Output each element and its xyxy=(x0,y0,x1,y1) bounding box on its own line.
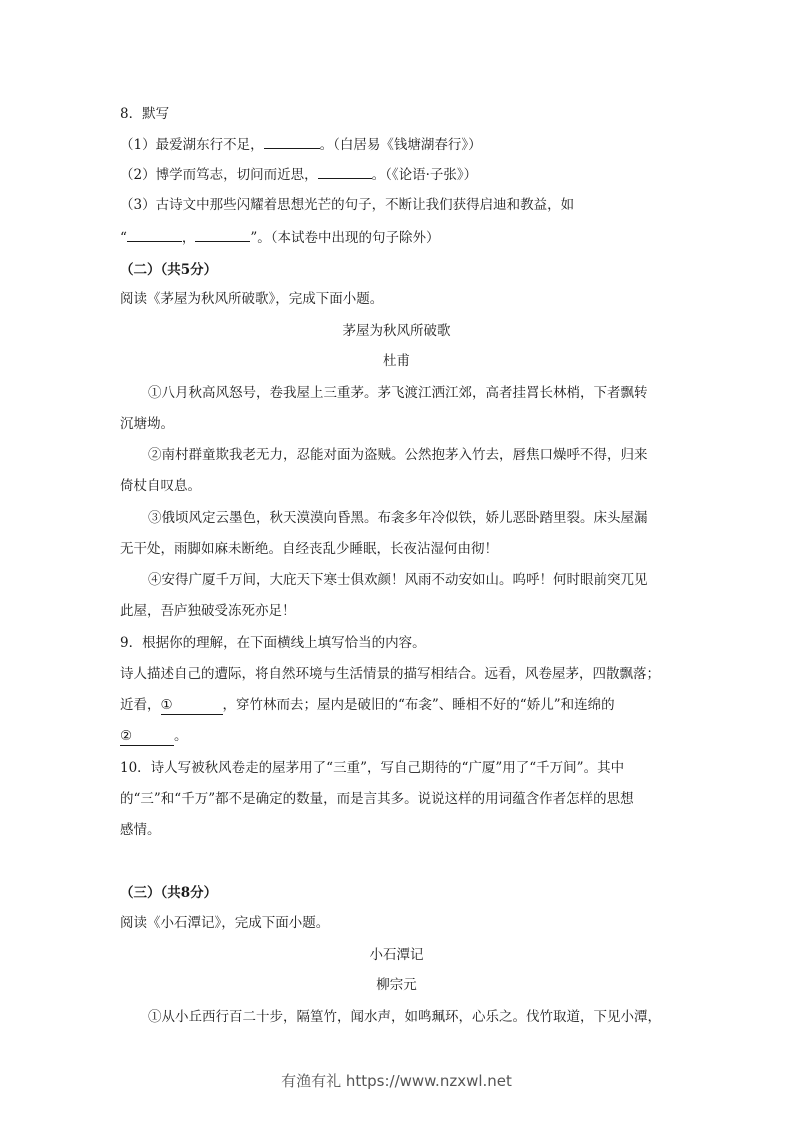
q8-item-3-line1: （3）古诗文中那些闪耀着思想光芒的句子，不断让我们获得启迪和教益，如 xyxy=(120,196,574,214)
answer-blank[interactable] xyxy=(318,164,372,179)
q9-line1: 诗人描述自己的遭际，将自然环境与生活情景的描写相结合。远看，风卷屋茅，四散飘落； xyxy=(120,665,660,683)
comma: ， xyxy=(182,230,196,246)
answer-blank[interactable] xyxy=(195,227,250,242)
section-3-header: （三）（共8分） xyxy=(120,884,217,902)
q8-item-2: （2）博学而笃志，切问而近思，。（《论语·子张》） xyxy=(120,164,477,184)
blank-label-2: ② xyxy=(120,728,132,744)
q10-line1: 10．诗人写被秋风卷走的屋茅用了“三重”，写自己期待的“广厦”用了“千万间”。其… xyxy=(120,759,624,777)
poem-paragraph-1-line2: 沉塘坳。 xyxy=(120,415,174,433)
poem-paragraph-3-line2: 无干处，雨脚如麻未断绝。自经丧乱少睡眠，长夜沾湿何由彻！ xyxy=(120,540,498,558)
watermark: 有渔有礼 https://www.nzxwl.net xyxy=(0,1070,793,1091)
essay-paragraph-1: ①从小丘西行百二十步，隔篁竹，闻水声，如鸣珮环，心乐之。伐竹取道，下见小潭， xyxy=(148,1008,661,1026)
poem-paragraph-2-line2: 倚杖自叹息。 xyxy=(120,477,201,495)
q8-title: 8．默写 xyxy=(120,105,169,123)
poem-paragraph-3-line1: ③俄顷风定云墨色，秋天漠漠向昏黑。布衾多年冷似铁，娇儿恶卧踏里裂。床头屋漏 xyxy=(148,509,648,527)
q8-item-3-line2: “，”。（本试卷中出现的句子除外） xyxy=(120,227,440,247)
answer-blank[interactable] xyxy=(127,227,182,242)
blank-label-1: ① xyxy=(161,697,173,713)
essay-title: 小石潭记 xyxy=(0,946,793,964)
section-2-header: （二）（共5分） xyxy=(120,261,217,279)
answer-blank-2[interactable]: ② xyxy=(120,727,174,746)
q9-line3-post: 。 xyxy=(174,728,188,744)
q9-line2-post: ，穿竹林而去；屋内是破旧的“布衾”、睡相不好的“娇儿”和连绵的 xyxy=(223,697,615,713)
poem-title: 茅屋为秋风所破歌 xyxy=(0,322,793,340)
section-2-instruction: 阅读《茅屋为秋风所破歌》，完成下面小题。 xyxy=(120,290,383,308)
q9-line2-pre: 近看， xyxy=(120,697,161,713)
q8-item-1-source: 。（白居易《钱塘湖春行》） xyxy=(320,137,482,153)
q9-line3: ②。 xyxy=(120,727,188,746)
q8-item-2-source: 。（《论语·子张》） xyxy=(372,167,478,183)
q8-item-1: （1）最爱湖东行不足，。（白居易《钱塘湖春行》） xyxy=(120,134,482,154)
q9-title: 9．根据你的理解，在下面横线上填写恰当的内容。 xyxy=(120,634,426,652)
answer-blank[interactable] xyxy=(264,134,320,149)
answer-blank-1[interactable]: ① xyxy=(161,696,223,715)
section-3-instruction: 阅读《小石潭记》，完成下面小题。 xyxy=(120,914,329,932)
poem-author: 杜甫 xyxy=(0,352,793,370)
q10-line3: 感情。 xyxy=(120,821,161,839)
document-page: 8．默写 （1）最爱湖东行不足，。（白居易《钱塘湖春行》） （2）博学而笃志，切… xyxy=(0,0,793,1122)
q8-item-1-text: （1）最爱湖东行不足， xyxy=(120,137,264,153)
poem-paragraph-4-line1: ④安得广厦千万间，大庇天下寒士俱欢颜！风雨不动安如山。呜呼！何时眼前突兀见 xyxy=(148,571,648,589)
poem-paragraph-1-line1: ①八月秋高风怒号，卷我屋上三重茅。茅飞渡江洒江郊，高者挂罥长林梢，下者飘转 xyxy=(148,384,648,402)
essay-author: 柳宗元 xyxy=(0,976,793,994)
open-quote: “ xyxy=(120,230,127,246)
q8-item-3-note: ”。（本试卷中出现的句子除外） xyxy=(250,230,439,246)
q8-item-2-text: （2）博学而笃志，切问而近思， xyxy=(120,167,318,183)
poem-paragraph-4-line2: 此屋，吾庐独破受冻死亦足！ xyxy=(120,602,296,620)
q9-line2: 近看，①，穿竹林而去；屋内是破旧的“布衾”、睡相不好的“娇儿”和连绵的 xyxy=(120,696,615,715)
q10-line2: 的“三”和“千万”都不是确定的数量，而是言其多。说说这样的用词蕴含作者怎样的思想 xyxy=(120,790,634,808)
poem-paragraph-2-line1: ②南村群童欺我老无力，忍能对面为盗贼。公然抱茅入竹去，唇焦口燥呼不得，归来 xyxy=(148,446,648,464)
